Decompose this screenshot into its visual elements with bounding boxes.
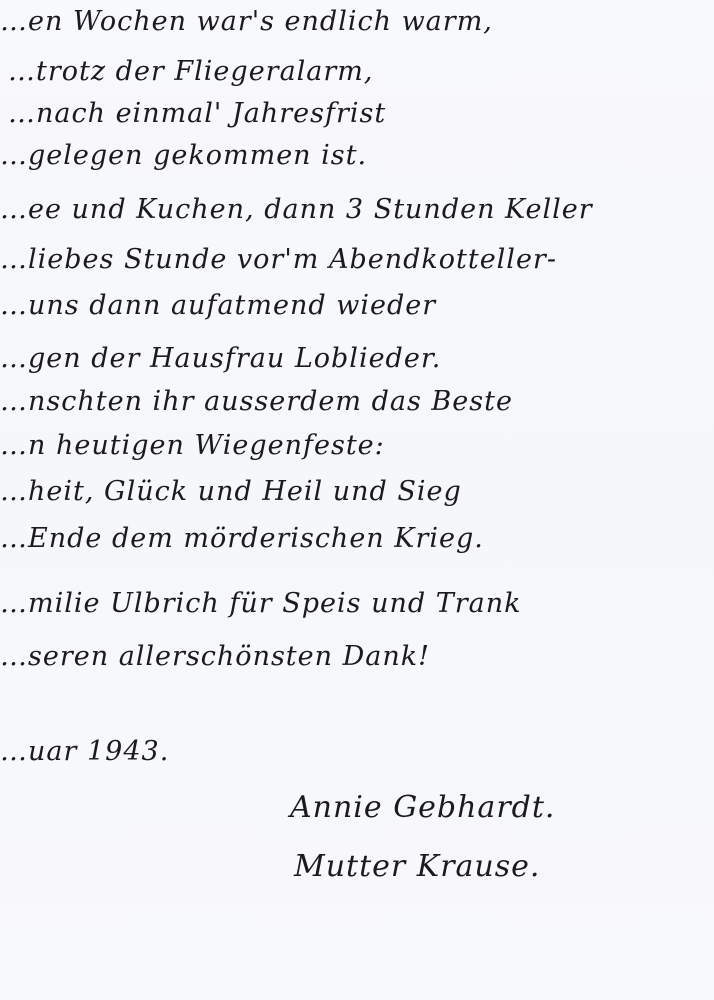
letter-line-7: …uns dann aufatmend wieder xyxy=(0,292,436,319)
letter-line-5: …ee und Kuchen, dann 3 Stunden Keller xyxy=(0,196,593,223)
letter-line-6: …liebes Stunde vor'm Abendkotteller- xyxy=(0,246,557,273)
letter-line-11: …heit, Glück und Heil und Sieg xyxy=(0,478,462,505)
letter-line-1: …en Wochen war's endlich warm, xyxy=(0,8,493,35)
letter-line-14: …seren allerschönsten Dank! xyxy=(0,643,430,670)
letter-line-12: …Ende dem mörderischen Krieg. xyxy=(0,525,484,552)
letter-line-9: …nschten ihr ausserdem das Beste xyxy=(0,388,513,415)
date-line: …uar 1943. xyxy=(0,738,169,765)
letter-line-2: …trotz der Fliegeralarm, xyxy=(8,58,374,85)
letter-line-3: …nach einmal' Jahresfrist xyxy=(8,100,386,127)
letter-line-13: …milie Ulbrich für Speis und Trank xyxy=(0,590,522,617)
letter-line-8: …gen der Hausfrau Loblieder. xyxy=(0,345,441,372)
letter-page: …en Wochen war's endlich warm, …trotz de… xyxy=(0,0,714,1000)
letter-line-10: …n heutigen Wiegenfeste: xyxy=(0,432,385,459)
signature-2: Mutter Krause. xyxy=(294,852,540,882)
signature-1: Annie Gebhardt. xyxy=(290,793,555,823)
letter-line-4: …gelegen gekommen ist. xyxy=(0,142,367,169)
